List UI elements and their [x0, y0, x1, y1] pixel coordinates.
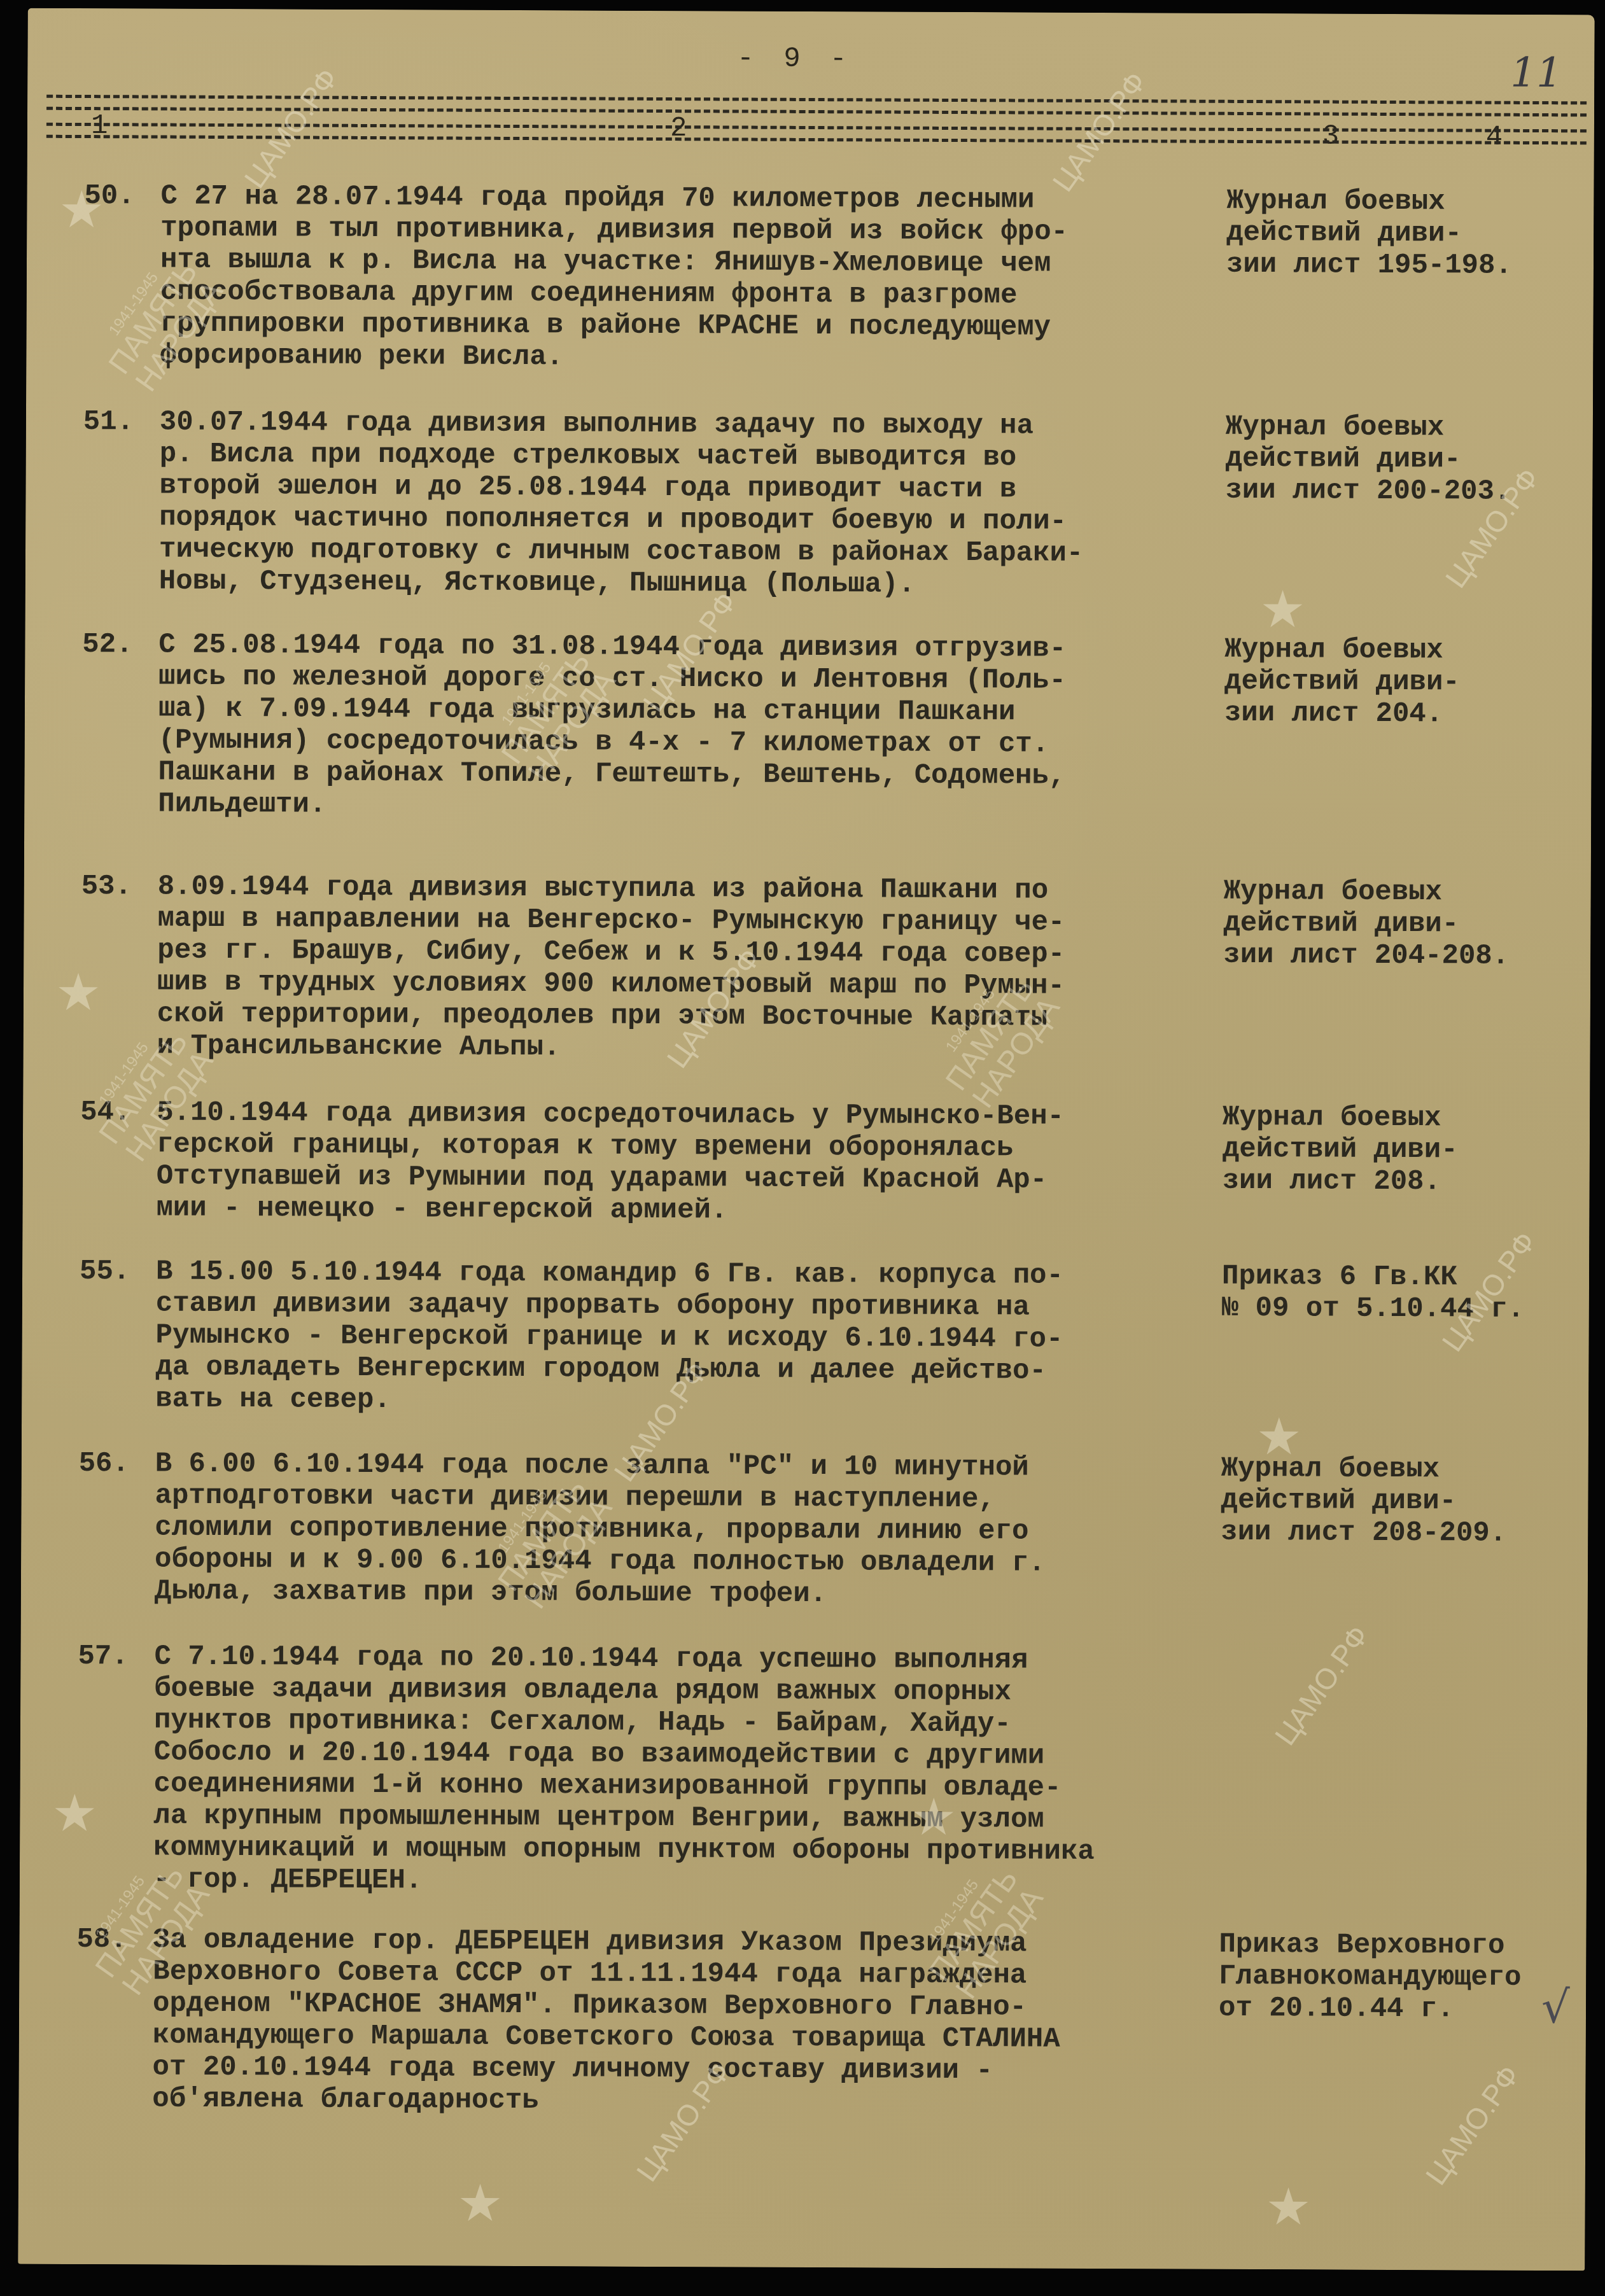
list-item: 53. 8.09.1944 года дивизия выступила из …: [81, 871, 1596, 877]
item-source: [1221, 1646, 1583, 1647]
item-number: 53.: [81, 871, 139, 902]
star-icon: ★: [55, 963, 101, 1022]
item-text: За овладение гор. ДЕБРЕЦЕН дивизия Указо…: [152, 1924, 1235, 2120]
item-number: 52.: [82, 629, 139, 661]
item-source: Приказ Верховного Главнокомандующего от …: [1219, 1929, 1582, 2026]
item-text: 30.07.1944 года дивизия выполнив задачу …: [159, 407, 1242, 602]
item-number: 56.: [79, 1448, 136, 1480]
item-source: Журнал боевых действий диви- зии лист 19…: [1226, 185, 1590, 282]
item-text: В 6.00 6.10.1944 года после залпа "РС" и…: [155, 1448, 1237, 1612]
item-source: Журнал боевых действий диви- зии лист 20…: [1224, 634, 1588, 731]
list-item: 56. В 6.00 6.10.1944 года после залпа "Р…: [79, 1448, 1594, 1454]
archive-sheet-mark: 11: [1510, 50, 1562, 97]
page-number: - 9 -: [737, 43, 853, 76]
list-item: 58. За овладение гор. ДЕБРЕЦЕН дивизия У…: [77, 1924, 1592, 1930]
item-number: 55.: [80, 1256, 137, 1287]
item-source: Журнал боевых действий диви- зии лист 20…: [1223, 876, 1587, 972]
star-icon: ★: [1265, 2177, 1311, 2236]
item-number: 50.: [84, 180, 141, 212]
item-source: Приказ 6 Гв.КК № 09 от 5.10.44 г.: [1222, 1261, 1585, 1326]
list-item: 54. 5.10.1944 года дивизия сосредоточила…: [80, 1096, 1595, 1103]
item-text: 8.09.1944 года дивизия выступила из райо…: [157, 871, 1240, 1067]
item-number: 57.: [78, 1641, 135, 1672]
archive-watermark: ЦАМО.РФ: [1268, 1619, 1375, 1751]
document-page: - 9 - 11 1 2 3 4 50. С 27 на 28.07.1944 …: [18, 8, 1594, 2271]
item-number: 51.: [83, 406, 141, 438]
item-text: В 15.00 5.10.1944 года командир 6 Гв. ка…: [155, 1256, 1238, 1420]
item-text: С 7.10.1944 года по 20.10.1944 года успе…: [153, 1641, 1237, 1900]
header-rule-bottom: [46, 123, 1587, 145]
item-text: 5.10.1944 года дивизия сосредоточилась у…: [156, 1097, 1238, 1229]
list-item: 55. В 15.00 5.10.1944 года командир 6 Гв…: [80, 1256, 1594, 1262]
item-source: Журнал боевых действий диви- зии лист 20…: [1223, 1102, 1586, 1198]
star-icon: ★: [457, 2174, 503, 2233]
list-item: 50. С 27 на 28.07.1944 года пройдя 70 ки…: [85, 180, 1599, 186]
item-number: 58.: [76, 1924, 134, 1956]
list-item: 57. С 7.10.1944 года по 20.10.1944 года …: [78, 1641, 1593, 1647]
checkmark-annotation: √: [1541, 1981, 1570, 2033]
item-source: Журнал боевых действий диви- зии лист 20…: [1221, 1453, 1584, 1550]
star-icon: ★: [1259, 580, 1305, 639]
item-number: 54.: [80, 1096, 137, 1128]
item-text: С 27 на 28.07.1944 года пройдя 70 киломе…: [160, 181, 1242, 376]
list-item: 52. С 25.08.1944 года по 31.08.1944 года…: [82, 629, 1597, 635]
header-rule-top: [46, 95, 1587, 117]
star-icon: ★: [52, 1784, 97, 1843]
archive-watermark: ЦАМО.РФ: [1419, 2059, 1526, 2191]
list-item: 51. 30.07.1944 года дивизия выполнив зад…: [83, 406, 1598, 412]
item-source: Журнал боевых действий диви- зии лист 20…: [1225, 411, 1588, 508]
item-text: С 25.08.1944 года по 31.08.1944 года див…: [158, 629, 1240, 825]
